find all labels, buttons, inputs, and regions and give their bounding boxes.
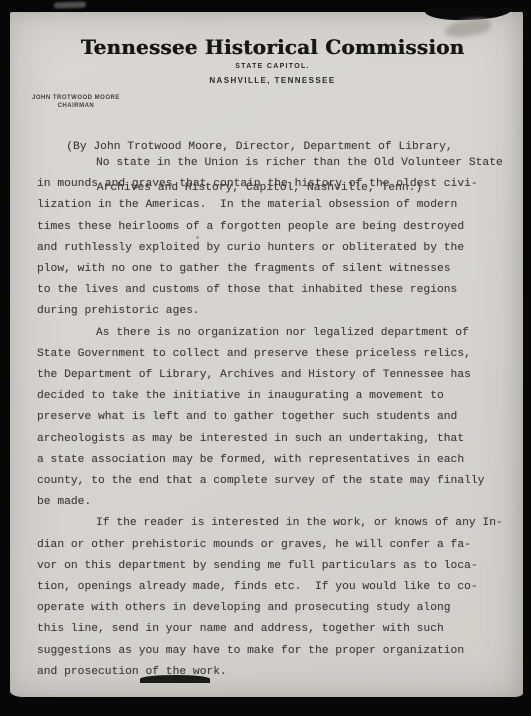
letter-line: As there is no organization nor legalize…: [37, 323, 512, 344]
letter-line: State Government to collect and preserve…: [37, 344, 512, 365]
letter-line: vor on this department by sending me ful…: [37, 556, 512, 577]
letter-line: be made.: [37, 492, 512, 513]
letterhead: Tennessee Historical Commission STATE CA…: [22, 36, 523, 85]
letter-line: county, to the end that a complete surve…: [37, 471, 512, 492]
officer-title: CHAIRMAN: [32, 102, 120, 110]
torn-bottom-edge: [140, 675, 210, 683]
letter-body: No state in the Union is richer than the…: [37, 153, 512, 683]
letter-line: operate with others in developing and pr…: [37, 598, 512, 619]
letter-line: preserve what is left and to gather toge…: [37, 407, 512, 428]
letter-page: Tennessee Historical Commission STATE CA…: [10, 12, 523, 697]
officer-block: JOHN TROTWOOD MOORE CHAIRMAN: [32, 94, 120, 110]
torn-corner-edge: [425, 8, 511, 21]
letter-line: decided to take the initiative in inaugu…: [37, 386, 512, 407]
letter-line: suggestions as you may have to make for …: [37, 641, 512, 662]
letter-line: and ruthlessly exploited by curio hunter…: [37, 238, 512, 259]
letter-line: the Department of Library, Archives and …: [37, 365, 512, 386]
letter-line: plow, with no one to gather the fragment…: [37, 259, 512, 280]
letter-line: to the lives and customs of those that i…: [37, 280, 512, 301]
letter-line: this line, send in your name and address…: [37, 619, 512, 640]
letter-line: archeologists as may be interested in su…: [37, 429, 512, 450]
letter-line: dian or other prehistoric mounds or grav…: [37, 535, 512, 556]
scan-background: Tennessee Historical Commission STATE CA…: [0, 0, 531, 716]
letter-line: a state association may be formed, with …: [37, 450, 512, 471]
letter-line: lization in the Americas. In the materia…: [37, 195, 512, 216]
letter-line: If the reader is interested in the work,…: [37, 513, 512, 534]
scanner-edge-smudge: [54, 1, 86, 8]
letter-line: times these heirlooms of a forgotten peo…: [37, 217, 512, 238]
letter-line: No state in the Union is richer than the…: [37, 153, 512, 174]
officer-name: JOHN TROTWOOD MOORE: [32, 94, 120, 102]
letterhead-capitol-line: STATE CAPITOL.: [22, 63, 523, 70]
letterhead-city-line: NASHVILLE, TENNESSEE: [22, 76, 523, 85]
letter-line: tion, openings already made, finds etc. …: [37, 577, 512, 598]
letter-line: during prehistoric ages.: [37, 301, 512, 322]
letter-line: in mounds and graves that contain the hi…: [37, 174, 512, 195]
letterhead-title: Tennessee Historical Commission: [22, 36, 523, 58]
letter-line: and prosecution of the work.: [37, 662, 512, 683]
